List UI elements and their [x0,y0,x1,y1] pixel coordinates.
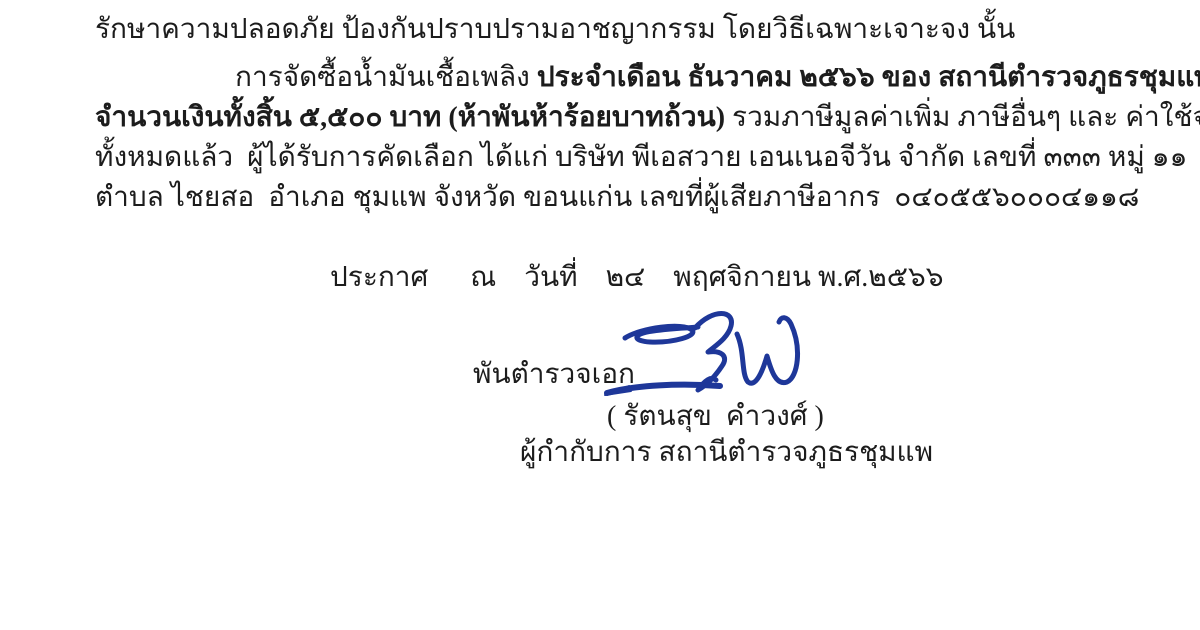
closing-paragraph-line: รักษาความปลอดภัย ป้องกันปราบปรามอาชญากรร… [95,10,1015,50]
body-segment: ทั้งหมดแล้ว ผู้ได้รับการคัดเลือก ได้แก่ … [95,142,1187,173]
body-paragraph: การจัดซื้อน้ำมันเชื้อเพลิง ประจำเดือน ธั… [95,58,1200,218]
document-page: รักษาความปลอดภัย ป้องกันปราบปรามอาชญากรร… [0,0,1200,630]
signature-stroke-flourish [737,318,798,383]
body-segment-bold: ประจำเดือน ธันวาคม ๒๕๖๖ ของ สถานีตำรวจภู… [537,62,1200,93]
body-segment: การจัดซื้อน้ำมันเชื้อเพลิง [235,62,537,93]
signer-rank: พันตำรวจเอก [473,355,635,395]
signature-stroke-loop [625,326,698,342]
body-line-1: การจัดซื้อน้ำมันเชื้อเพลิง ประจำเดือน ธั… [95,58,1200,98]
body-segment: ตำบล ไชยสอ อำเภอ ชุมแพ จังหวัด ขอนแก่น เ… [95,182,1139,213]
signer-position: ผู้กำกับการ สถานีตำรวจภูธรชุมแพ [520,433,933,473]
body-line-4: ตำบล ไชยสอ อำเภอ ชุมแพ จังหวัด ขอนแก่น เ… [95,178,1200,218]
body-line-3: ทั้งหมดแล้ว ผู้ได้รับการคัดเลือก ได้แก่ … [95,138,1200,178]
body-segment-bold: จำนวนเงินทั้งสิ้น ๕,๕๐๐ บาท (ห้าพันห้าร้… [95,102,725,133]
signer-name: ( รัตนสุข คำวงศ์ ) [607,397,824,437]
body-segment: รวมภาษีมูลค่าเพิ่ม ภาษีอื่นๆ และ ค่าใช้จ… [725,102,1200,133]
signature-stroke-central [695,314,731,391]
announcement-date-line: ประกาศ ณ วันที่ ๒๔ พฤศจิกายน พ.ศ.๒๕๖๖ [330,258,943,298]
body-line-2: จำนวนเงินทั้งสิ้น ๕,๕๐๐ บาท (ห้าพันห้าร้… [95,98,1200,138]
